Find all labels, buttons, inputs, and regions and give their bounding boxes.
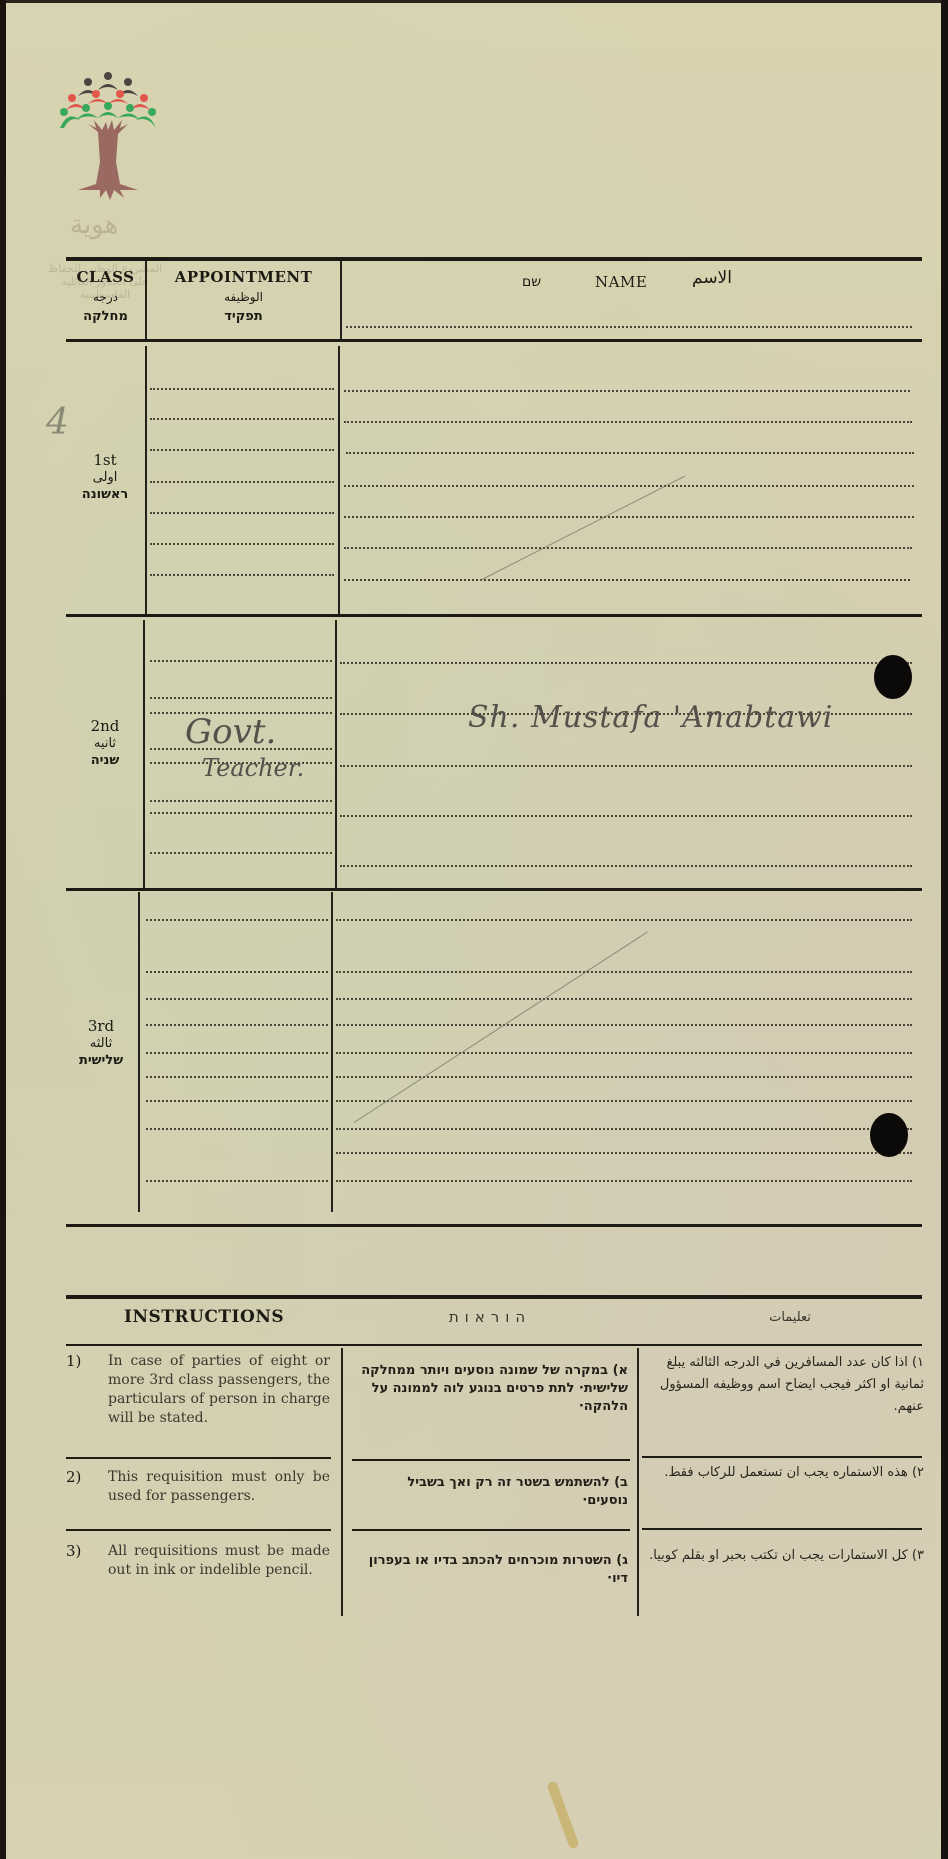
header-class-en: CLASS bbox=[66, 268, 145, 286]
section-3-bottom-rule bbox=[66, 1224, 922, 1227]
instruction-text-ar: ٣) كل الاستمارات يجب ان تكتب بحبر او بقل… bbox=[644, 1545, 924, 1567]
instructions-header-rule bbox=[66, 1344, 922, 1346]
instructions-title-he: הוראות bbox=[400, 1308, 580, 1326]
instructions-top-rule bbox=[66, 1295, 922, 1299]
name-line[interactable] bbox=[336, 1024, 912, 1026]
instruction-text-ar: ١) اذا كان عدد المسافرين في الدرجه الثال… bbox=[644, 1352, 924, 1418]
section-1-bottom-rule bbox=[66, 614, 922, 617]
name-header-dotted-line[interactable] bbox=[346, 326, 912, 328]
section-1-divider-b bbox=[338, 346, 340, 614]
instruction-text-ar: ٢) هذه الاستماره يجب ان تستعمل للركاب فق… bbox=[644, 1462, 924, 1484]
class-label-3rd: 3rd ثالثه שלישית bbox=[62, 1018, 140, 1069]
appointment-line[interactable] bbox=[146, 998, 328, 1000]
watermark-text: هوية bbox=[70, 210, 118, 240]
instruction-divider bbox=[66, 1529, 331, 1531]
appointment-line[interactable] bbox=[150, 800, 332, 802]
instructions-divider-he-ar bbox=[637, 1348, 639, 1616]
punch-hole bbox=[874, 655, 912, 699]
class-1st-ar: اولى bbox=[66, 469, 144, 486]
name-line[interactable] bbox=[344, 547, 912, 549]
instruction-text-en: This requisition must only be used for p… bbox=[108, 1468, 330, 1506]
name-line[interactable] bbox=[336, 971, 912, 973]
header-top-rule bbox=[66, 257, 922, 261]
appointment-line[interactable] bbox=[150, 512, 334, 514]
appointment-line[interactable] bbox=[146, 971, 328, 973]
header-name-ar: الاسم bbox=[692, 268, 732, 288]
name-line[interactable] bbox=[340, 765, 912, 767]
instruction-text-en: In case of parties of eight or more 3rd … bbox=[108, 1352, 330, 1428]
class-2nd-en: 2nd bbox=[66, 718, 144, 735]
instruction-divider bbox=[642, 1456, 922, 1458]
appointment-line[interactable] bbox=[150, 812, 332, 814]
class-label-1st: 1st اولى ראשונה bbox=[66, 452, 144, 503]
name-line[interactable] bbox=[336, 1128, 912, 1130]
class-1st-he: ראשונה bbox=[66, 486, 144, 503]
appointment-line[interactable] bbox=[146, 1100, 328, 1102]
name-line[interactable] bbox=[336, 998, 912, 1000]
section-3-divider-b bbox=[331, 892, 333, 1212]
appointment-line[interactable] bbox=[150, 660, 332, 662]
header-appointment-en: APPOINTMENT bbox=[147, 268, 340, 286]
name-line[interactable] bbox=[346, 452, 914, 454]
name-line[interactable] bbox=[344, 516, 914, 518]
appointment-line[interactable] bbox=[150, 388, 334, 390]
appointment-line[interactable] bbox=[146, 1024, 328, 1026]
name-line[interactable] bbox=[336, 1180, 912, 1182]
header-class-ar: درجه bbox=[66, 290, 145, 304]
handwritten-passenger-name: Sh. Mustafa 'Anabtawi bbox=[468, 700, 833, 735]
appointment-line[interactable] bbox=[150, 697, 332, 699]
instruction-divider bbox=[352, 1459, 630, 1461]
appointment-line[interactable] bbox=[150, 449, 334, 451]
appointment-line[interactable] bbox=[150, 574, 334, 576]
instruction-text-en: All requisitions must be made out in ink… bbox=[108, 1542, 330, 1580]
punch-hole bbox=[870, 1113, 908, 1157]
name-line[interactable] bbox=[344, 485, 914, 487]
name-line[interactable] bbox=[344, 421, 912, 423]
header-appointment-ar: الوظيفه bbox=[147, 290, 340, 304]
class-3rd-he: שלישית bbox=[62, 1052, 140, 1069]
class-2nd-ar: ثانيه bbox=[66, 735, 144, 752]
class-label-2nd: 2nd ثانيه שניה bbox=[66, 718, 144, 769]
header-appointment-he: תפקיד bbox=[147, 309, 340, 324]
scan-edge-right bbox=[941, 0, 948, 1859]
section-2-bottom-rule bbox=[66, 888, 922, 891]
instructions-divider-en-he bbox=[341, 1348, 343, 1616]
instruction-divider bbox=[66, 1457, 331, 1459]
appointment-line[interactable] bbox=[146, 1180, 328, 1182]
margin-pencil-mark: 4 bbox=[46, 402, 69, 443]
instruction-text-he: ב) להשתמש בשטר זה רק ואך בשביל נוסעים· bbox=[358, 1474, 628, 1510]
instruction-text-he: ג) השטרות מוכרחים להכתב בדיו או בעפרון ד… bbox=[358, 1552, 628, 1588]
class-3rd-en: 3rd bbox=[62, 1018, 140, 1035]
name-line[interactable] bbox=[344, 390, 910, 392]
instruction-number: 2) bbox=[66, 1468, 81, 1486]
tree-people-logo-icon bbox=[58, 72, 158, 212]
class-2nd-he: שניה bbox=[66, 752, 144, 769]
scan-edge-top bbox=[0, 0, 948, 3]
appointment-line[interactable] bbox=[150, 481, 334, 483]
section-1-divider-a bbox=[145, 346, 147, 614]
appointment-line[interactable] bbox=[150, 543, 334, 545]
appointment-line[interactable] bbox=[150, 418, 334, 420]
handwritten-appointment-line-2: Teacher. bbox=[202, 754, 304, 782]
name-line[interactable] bbox=[344, 579, 910, 581]
header-name-en: NAME bbox=[595, 273, 647, 291]
instruction-number: 3) bbox=[66, 1542, 81, 1560]
appointment-line[interactable] bbox=[146, 919, 328, 921]
header-divider-appointment bbox=[340, 261, 342, 339]
header-class-he: מחלקה bbox=[66, 309, 145, 324]
name-line[interactable] bbox=[336, 1100, 912, 1102]
scan-edge-left bbox=[0, 0, 6, 1859]
name-line[interactable] bbox=[336, 919, 912, 921]
section-2-divider-b bbox=[335, 620, 337, 888]
appointment-line[interactable] bbox=[146, 1052, 328, 1054]
instruction-divider bbox=[642, 1528, 922, 1530]
name-line[interactable] bbox=[340, 815, 912, 817]
instructions-title-ar: تعليمات bbox=[700, 1310, 880, 1325]
name-line[interactable] bbox=[340, 865, 912, 867]
appointment-line[interactable] bbox=[146, 1076, 328, 1078]
instruction-number: 1) bbox=[66, 1352, 81, 1370]
name-line[interactable] bbox=[336, 1152, 912, 1154]
name-line[interactable] bbox=[340, 662, 912, 664]
class-3rd-ar: ثالثه bbox=[62, 1035, 140, 1052]
appointment-line[interactable] bbox=[150, 852, 332, 854]
appointment-line[interactable] bbox=[146, 1128, 328, 1130]
header-name-he: שם bbox=[522, 274, 541, 290]
handwritten-appointment-line-1: Govt. bbox=[185, 712, 276, 752]
instructions-title-en: INSTRUCTIONS bbox=[124, 1307, 284, 1327]
header-bottom-rule bbox=[66, 339, 922, 342]
class-1st-en: 1st bbox=[66, 452, 144, 469]
name-line[interactable] bbox=[336, 1052, 912, 1054]
instruction-divider bbox=[352, 1529, 630, 1531]
instruction-text-he: א) במקרה של שמונה נוסעים ויותר ממחלקה של… bbox=[358, 1362, 628, 1416]
